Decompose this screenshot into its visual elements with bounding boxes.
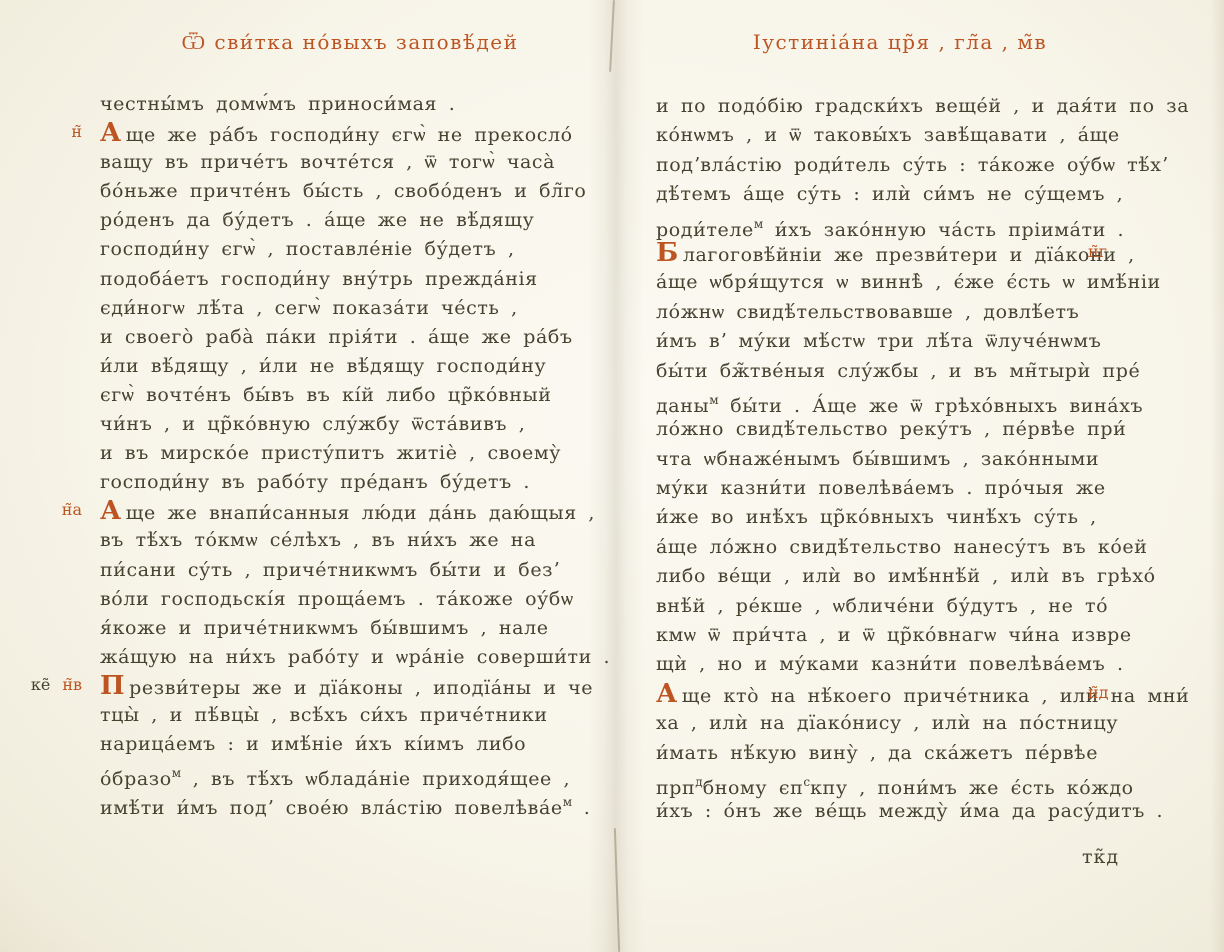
text-line: внѣ́й , ре́кше , ѡбличе́ни бу́дутъ , не … — [656, 592, 1162, 621]
margin-note-row: н̃д — [1088, 683, 1178, 702]
text-line: подоба́етъ господи́ну вну́трь прежда́нія — [100, 265, 592, 294]
text-line: пи́сани су́ть , приче́тникѡмъ бы́ти и бе… — [100, 556, 592, 585]
text-line: Благоговѣ́йніи же презви́тери и дїа́кони… — [656, 239, 1162, 268]
red-initial-letter: А — [656, 679, 678, 709]
text-line: либо ве́щи , илѝ во имѣ́ннѣ́й , илѝ въ г… — [656, 562, 1162, 591]
superscript-letter: м — [754, 217, 763, 231]
red-initial-letter: Б — [656, 238, 679, 268]
text-line: Аще же ра́бъ господи́ну єгѡ̀ не прекосло… — [100, 119, 592, 148]
margin-note: н̃а — [62, 500, 82, 519]
text-line: Презви́теры же и дїа́коны , иподїа́ны и … — [100, 672, 592, 701]
text-line: єди́ногѡ лѣ́та , сегѡ̀ показа́ти че́сть … — [100, 294, 592, 323]
folio-number: тк̃д — [1082, 846, 1119, 868]
red-initial-letter: А — [100, 496, 122, 526]
text-line: и́же во инѣ́хъ цр̃ко́вныхъ чинѣ́хъ су́ть… — [656, 503, 1162, 532]
text-line: въ тѣ́хъ то́кмѡ се́лѣхъ , въ ни́хъ же на — [100, 526, 592, 555]
text-line: чи́нъ , и цр̃ко́вную слу́жбу ѿста́вивъ , — [100, 410, 592, 439]
superscript-letter: м — [709, 393, 718, 407]
margin-note: н̃г — [1088, 242, 1107, 261]
text-line: и въ мирско́е присту́питъ житіѐ , своему… — [100, 439, 592, 468]
text-line: во́ли господьскі́я проща́емъ . та́коже о… — [100, 585, 592, 614]
binding-gutter — [588, 0, 644, 952]
text-line: ло́жнѡ свидѣ́тельствовавше , довлѣ́етъ — [656, 298, 1162, 327]
text-line: роди́телем и́хъ зако́нную ча́сть пріима́… — [656, 210, 1162, 239]
binding-crease-top — [609, 0, 615, 72]
left-page-text: честны́мъ домѡ́мъ приноси́мая .Аще же ра… — [100, 90, 592, 817]
margin-note-row: н̃а — [14, 500, 82, 519]
text-line: честны́мъ домѡ́мъ приноси́мая . — [100, 90, 592, 119]
text-line: и́мать нѣ́кую вину̀ , да ска́жетъ пе́рвѣ… — [656, 739, 1162, 768]
text-line: жа́щую на ни́хъ рабо́ту и ѡра́ніе соверш… — [100, 643, 592, 672]
page-edge-shadow — [1210, 0, 1224, 952]
text-line: Аще кто̀ на нѣ́коего приче́тника , илѝ н… — [656, 680, 1162, 709]
text-line: и́мъ вʼ му́ки мѣ́стѡ три лѣ́та ѿлуче́нѡм… — [656, 327, 1162, 356]
margin-note: н̃ — [71, 122, 82, 141]
text-line: о́бразом , въ тѣ́хъ ѡблада́ніе приходя́щ… — [100, 759, 592, 788]
text-line: му́ки казни́ти повелѣва́емъ . про́чыя же — [656, 474, 1162, 503]
text-line: ващу въ приче́тъ вочте́тся , ѿ тогѡ̀ час… — [100, 148, 592, 177]
text-line: Аще же внапи́санныя лю́ди да́нь даю́щыя … — [100, 497, 592, 526]
text-line: и́хъ : о́нъ же ве́щь между̀ и́ма да расу… — [656, 797, 1162, 826]
red-initial-letter: П — [100, 671, 125, 701]
text-line: я́коже и приче́тникѡмъ бы́вшимъ , нале — [100, 614, 592, 643]
superscript-letter: м — [563, 795, 572, 809]
superscript-letter: д — [695, 775, 702, 789]
text-line: даным бы́ти . А́ще же ѿ грѣхо́вныхъ вина… — [656, 386, 1162, 415]
red-initial-letter: А — [100, 118, 122, 148]
text-line: и́ли вѣ́дящу , и́ли не вѣ́дящу господи́н… — [100, 352, 592, 381]
binding-crease-bottom — [614, 828, 620, 952]
margin-note-row: ке̃н̃в — [14, 675, 82, 694]
text-line: нарица́емъ : и имѣ́ніе и́хъ кі́имъ либо — [100, 730, 592, 759]
text-line: щѝ , но и му́ками казни́ти повелѣва́емъ … — [656, 650, 1162, 679]
text-line: бо́ньже причте́нъ бы́сть , свобо́денъ и … — [100, 177, 592, 206]
margin-note-row: н̃г — [1088, 242, 1178, 261]
text-line: ко́нѡмъ , и ѿ таковы́хъ завѣ́щавати , а́… — [656, 121, 1162, 150]
text-line: кмѡ ѿ при́чта , и ѿ цр̃ко́внагѡ чи́на из… — [656, 621, 1162, 650]
superscript-letter: м — [172, 766, 181, 780]
text-line: господи́ну єгѡ̀ , поставле́ніе бу́детъ , — [100, 235, 592, 264]
superscript-letter: с — [803, 775, 810, 789]
margin-note: ке̃ — [31, 675, 50, 694]
text-line: ха , илѝ на дїако́нису , илѝ на по́стниц… — [656, 709, 1162, 738]
margin-note-row: н̃ — [14, 122, 82, 141]
margin-note: н̃в — [62, 675, 82, 694]
text-line: а́ще ло́жно свидѣ́тельство нанесу́тъ въ … — [656, 533, 1162, 562]
right-page-text: и по подо́бію градски́хъ веще́й , и дая́… — [656, 92, 1162, 827]
text-line: и своего̀ раба̀ па́ки прія́ти . а́ще же … — [100, 323, 592, 352]
text-line: тцы̀ , и пѣ́вцы̀ , всѣ́хъ си́хъ приче́тн… — [100, 701, 592, 730]
text-line: чта ѡбнаже́нымъ бы́вшимъ , зако́нными — [656, 445, 1162, 474]
text-line: господи́ну въ рабо́ту пре́данъ бу́детъ . — [100, 468, 592, 497]
text-line: єгѡ̀ вочте́нъ бы́въ въ кі́й либо цр̃ко́в… — [100, 381, 592, 410]
margin-note: н̃д — [1088, 683, 1109, 702]
running-header-left: Ѿ сви́тка но́выхъ заповѣ́дей — [130, 30, 570, 55]
text-line: ло́жно свидѣ́тельство реку́тъ , пе́рвѣе … — [656, 415, 1162, 444]
text-line: подʼвла́стію роди́тель су́ть : та́коже о… — [656, 151, 1162, 180]
text-line: бы́ти бж̃тве́ныя слу́жбы , и въ мн̃тырѝ … — [656, 357, 1162, 386]
text-line: дѣ́темъ а́ще су́ть : илѝ си́мъ не су́щем… — [656, 180, 1162, 209]
text-line: прпдбному єпскпу , пони́мъ же є́сть ко́ж… — [656, 768, 1162, 797]
running-header-right: Іустиніа́на цр̃я , гл̃а , м̃в — [700, 30, 1100, 54]
text-line: и по подо́бію градски́хъ веще́й , и дая́… — [656, 92, 1162, 121]
text-line: имѣ́ти и́мъ подʼ свое́ю вла́стію повелѣв… — [100, 788, 592, 817]
text-line: а́ще ѡбря́щутся ѡ виннѣ̀ , є́же є́сть ѡ … — [656, 268, 1162, 297]
text-line: ро́денъ да бу́детъ . а́ще же не вѣ́дящу — [100, 206, 592, 235]
